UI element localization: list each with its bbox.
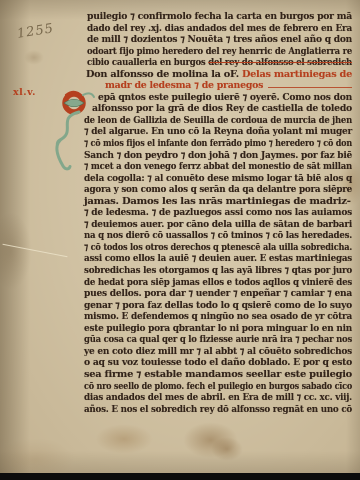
manuscript-line-text: ⁊ mcet a don venego ferrz abbat del mone… (84, 161, 352, 173)
manuscript-line-text: Sanch ⁊ don peydro ⁊ don johā ⁊ don Jaym… (84, 150, 352, 162)
manuscript-line-text: agora y son como alos q serān da qa dela… (84, 184, 352, 196)
text-segment: mismo. E defendemos q ningūo no sea osad… (84, 311, 352, 322)
text-segment: ⁊ de ledesma. ⁊ de pazluegos assi como n… (84, 207, 352, 218)
manuscript-line: años. E nos el sobredich rey dō alfonsso… (84, 404, 356, 416)
manuscript-line: ye en coto diez mill mr ⁊ al abbt ⁊ al c… (84, 346, 356, 358)
text-segment: agora y son como alos q serān da qa dela… (84, 184, 352, 195)
manuscript-line-text: odoart fijo pimo heredero del rey henrri… (87, 46, 352, 58)
rubric-segment: Delas martiniegas de (242, 69, 352, 80)
parchment-stain (211, 437, 243, 461)
manuscript-line-text: ⁊ del algarue. En uno cō la Reyna doña y… (84, 126, 352, 138)
manuscript-line: alfonsso por la grā de dios Rey de casti… (84, 103, 356, 115)
text-segment: de mill ⁊ dozientos ⁊ Nouēta ⁊ tres años… (87, 34, 352, 45)
manuscript-line-text: jamas. Damos les las nrās martiniegas de… (84, 196, 351, 208)
manuscript-line-text: dado del rey .xj. dias andados del mes d… (87, 23, 352, 35)
manuscript-line: madr de ledesma ⁊ de pranegos (84, 80, 356, 92)
manuscript-line: na q nos dierō cō uassallos ⁊ cō tminos … (84, 230, 356, 242)
text-segment: dado del rey .xj. dias andados del mes d… (87, 23, 352, 34)
parchment-stain (24, 50, 44, 65)
rubric-segment: madr de ledesma ⁊ de pranegos (105, 80, 263, 91)
text-segment: epā qntos este puilegio uierē ⁊ oyerē. C… (98, 92, 352, 103)
manuscript-line: genar ⁊ pora faz dellas todo lo q qsierē… (84, 300, 356, 312)
manuscript-line: ⁊ de ledesma. ⁊ de pazluegos assi como n… (84, 207, 356, 219)
manuscript-line-text: dias andados del mes de abril. en Era de… (84, 392, 352, 404)
manuscript-line: ⁊ mcet a don venego ferrz abbat del mone… (84, 161, 356, 173)
manuscript-line: sea firme ⁊ estable mandamos seellar est… (84, 369, 356, 381)
text-segment: del rey do alfonsso el sobredich (208, 57, 352, 68)
manuscript-line: puilegio ⁊ confirmolo fecha la carta en … (84, 11, 356, 23)
manuscript-line-text: na q nos dierō cō uassallos ⁊ cō tminos … (84, 230, 352, 242)
manuscript-line: Don alfonsso de molina la oF. Delas mart… (84, 69, 356, 81)
manuscript-line: cibio caualleria en burgos del rey do al… (84, 57, 356, 69)
manuscript-line: agora y son como alos q serān da qa dela… (84, 184, 356, 196)
manuscript-line-text: de hedat pora siēp jamas ellos e todos a… (84, 277, 352, 289)
manuscript-line: gūa cosa ca qual qer q lo fiziesse aurie… (84, 334, 356, 346)
folio-number-note: xl.v. (13, 87, 36, 98)
manuscript-line-text: gūa cosa ca qual qer q lo fiziesse aurie… (84, 334, 352, 346)
manuscript-line: de leon de Gallizia de Seuilla de cordou… (84, 115, 356, 127)
text-segment: pues dellos. pora dar ⁊ uender ⁊ enpeñar… (84, 288, 352, 299)
manuscript-line-text: o aq su voz touiesse todo el daño doblad… (84, 357, 352, 369)
text-segment: de leon de Gallizia de Seuilla de cordou… (84, 115, 352, 126)
manuscript-line: assi como ellos la auiē ⁊ deuien auer. E… (84, 253, 356, 265)
text-segment: cibio caualleria en burgos (87, 57, 208, 68)
manuscript-line: ⁊ deuiemos auer. por cāno dela uilla de … (84, 219, 356, 231)
text-segment: dias andados del mes de abril. en Era de… (84, 392, 352, 403)
manuscript-line: dela cogolla: ⁊ al conuēto dese mismo lo… (84, 173, 356, 185)
manuscript-line-text: puilegio ⁊ confirmolo fecha la carta en … (87, 11, 352, 23)
photo-edge-bar (0, 473, 360, 480)
manuscript-line-text: dela cogolla: ⁊ al conuēto dese mismo lo… (84, 173, 352, 185)
manuscript-line: sobredichas les otorgamos q las ayā libr… (84, 265, 356, 277)
manuscript-line: jamas. Damos les las nrās martiniegas de… (84, 196, 356, 208)
manuscript-line: este puilegio pora qbrantar lo ni pora m… (84, 323, 356, 335)
text-segment: sea firme ⁊ estable mandamos seellar est… (84, 369, 352, 380)
manuscript-line-text: cō nro seello de plomo. fech el puilegio… (84, 381, 352, 393)
text-segment: o aq su voz touiesse todo el daño doblad… (84, 357, 352, 368)
manuscript-line-text: ⁊ de ledesma. ⁊ de pazluegos assi como n… (84, 207, 352, 219)
manuscript-line: epā qntos este puilegio uierē ⁊ oyerē. C… (84, 92, 356, 104)
manuscript-line: mismo. E defendemos q ningūo no sea osad… (84, 311, 356, 323)
text-segment: ⁊ mcet a don venego ferrz abbat del mone… (84, 161, 352, 172)
manuscript-line: odoart fijo pimo heredero del rey henrri… (84, 46, 356, 58)
text-segment: sobredichas les otorgamos q las ayā libr… (84, 265, 352, 276)
manuscript-line: ⁊ del algarue. En uno cō la Reyna doña y… (84, 126, 356, 138)
manuscript-line: de mill ⁊ dozientos ⁊ Nouēta ⁊ tres años… (84, 34, 356, 46)
text-segment: odoart fijo pimo heredero del rey henrri… (87, 46, 352, 57)
manuscript-line: dado del rey .xj. dias andados del mes d… (84, 23, 356, 35)
text-segment: na q nos dierō cō uassallos ⁊ cō tminos … (84, 230, 352, 241)
manuscript-line-text: este puilegio pora qbrantar lo ni pora m… (84, 323, 352, 335)
manuscript-line-text: sobredichas les otorgamos q las ayā libr… (84, 265, 352, 277)
text-segment: jamas. Damos les las nrās martiniegas de… (84, 196, 351, 207)
text-segment: genar ⁊ pora faz dellas todo lo q qsierē… (84, 300, 352, 311)
manuscript-line-text: cibio caualleria en burgos del rey do al… (87, 57, 352, 69)
manuscript-line-text: pues dellos. pora dar ⁊ uender ⁊ enpeñar… (84, 288, 352, 300)
manuscript-line: ⁊ cō mios fijos el infante don ferrādo p… (84, 138, 356, 150)
text-segment: ⁊ cō todos los otros derechos q ptenescē… (84, 242, 352, 253)
manuscript-line-text: assi como ellos la auiē ⁊ deuien auer. E… (84, 253, 352, 265)
text-segment: gūa cosa ca qual qer q lo fiziesse aurie… (84, 334, 352, 345)
manuscript-line-text: años. E nos el sobredich rey dō alfonsso… (84, 404, 352, 416)
text-segment: ⁊ del algarue. En uno cō la Reyna doña y… (84, 126, 352, 137)
manuscript-line-text: alfonsso por la grā de dios Rey de casti… (92, 103, 352, 115)
rubric-filler-rule (268, 87, 352, 88)
manuscript-text-block: puilegio ⁊ confirmolo fecha la carta en … (84, 11, 356, 415)
manuscript-line: ⁊ cō todos los otros derechos q ptenescē… (84, 242, 356, 254)
manuscript-line: dias andados del mes de abril. en Era de… (84, 392, 356, 404)
manuscript-page: 1255 xl.v. puilegio ⁊ confirmolo fecha l… (0, 0, 360, 480)
parchment-stain (95, 424, 153, 454)
text-segment: Don alfonsso de molina la oF. (86, 69, 242, 80)
manuscript-line: Sanch ⁊ don peydro ⁊ don johā ⁊ don Jaym… (84, 150, 356, 162)
text-segment: ⁊ cō mios fijos el infante don ferrādo p… (84, 138, 352, 149)
manuscript-line-text: mismo. E defendemos q ningūo no sea osad… (84, 311, 352, 323)
manuscript-line-text: epā qntos este puilegio uierē ⁊ oyerē. C… (98, 92, 352, 104)
manuscript-line-text: de mill ⁊ dozientos ⁊ Nouēta ⁊ tres años… (87, 34, 352, 46)
manuscript-line-text: madr de ledesma ⁊ de pranegos (105, 80, 263, 92)
text-segment: puilegio ⁊ confirmolo fecha la carta en … (87, 11, 352, 22)
text-segment: cō nro seello de plomo. fech el puilegio… (84, 381, 352, 392)
manuscript-line-text: ye en coto diez mill mr ⁊ al abbt ⁊ al c… (84, 346, 352, 358)
manuscript-line: pues dellos. pora dar ⁊ uender ⁊ enpeñar… (84, 288, 356, 300)
manuscript-line-text: de leon de Gallizia de Seuilla de cordou… (84, 115, 352, 127)
manuscript-line-text: sea firme ⁊ estable mandamos seellar est… (84, 369, 352, 381)
text-segment: alfonsso por la grā de dios Rey de casti… (92, 103, 352, 114)
text-segment: dela cogolla: ⁊ al conuēto dese mismo lo… (84, 173, 352, 184)
text-segment: ye en coto diez mill mr ⁊ al abbt ⁊ al c… (84, 346, 352, 357)
text-segment: este puilegio pora qbrantar lo ni pora m… (84, 323, 352, 334)
manuscript-line-text: Don alfonsso de molina la oF. Delas mart… (86, 69, 352, 81)
manuscript-line: o aq su voz touiesse todo el daño doblad… (84, 357, 356, 369)
manuscript-line: cō nro seello de plomo. fech el puilegio… (84, 381, 356, 393)
manuscript-line-text: ⁊ cō mios fijos el infante don ferrādo p… (84, 138, 352, 150)
text-segment: de hedat pora siēp jamas ellos e todos a… (84, 277, 352, 288)
text-segment: años. E nos el sobredich rey dō alfonsso… (84, 404, 352, 415)
text-segment: assi como ellos la auiē ⁊ deuien auer. E… (84, 253, 352, 264)
manuscript-line-text: ⁊ deuiemos auer. por cāno dela uilla de … (84, 219, 352, 231)
text-segment: Sanch ⁊ don peydro ⁊ don johā ⁊ don Jaym… (84, 150, 352, 161)
manuscript-line-text: genar ⁊ pora faz dellas todo lo q qsierē… (84, 300, 352, 312)
manuscript-line: de hedat pora siēp jamas ellos e todos a… (84, 277, 356, 289)
manuscript-line-text: ⁊ cō todos los otros derechos q ptenescē… (84, 242, 352, 254)
text-segment: ⁊ deuiemos auer. por cāno dela uilla de … (84, 219, 352, 230)
